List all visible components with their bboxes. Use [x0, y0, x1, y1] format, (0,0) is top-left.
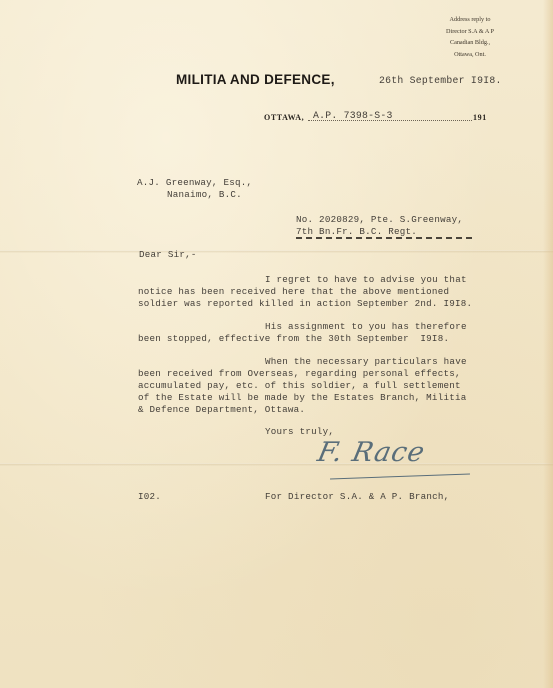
body-line: been received from Overseas, regarding p… — [138, 368, 461, 379]
subject-soldier: No. 2020829, Pte. S.Greenway, — [296, 214, 463, 225]
body-line: accumulated pay, etc. of this soldier, a… — [138, 380, 461, 391]
body-line: His assignment to you has therefore — [265, 321, 467, 332]
paper-fold — [0, 250, 553, 253]
year-prefix: 191 — [473, 113, 487, 122]
place-label: OTTAWA, — [264, 113, 304, 122]
closing: Yours truly, — [265, 426, 334, 437]
body-line: notice has been received here that the a… — [138, 286, 449, 297]
letter-paper: Address reply to Director S.A & A P Cana… — [0, 0, 553, 688]
reference-number: I02. — [138, 491, 161, 502]
file-reference: A.P. 7398-S-3 — [313, 110, 393, 121]
signatory-line: For Director S.A. & A P. Branch, — [265, 491, 449, 502]
address-reply-block: Address reply to Director S.A & A P Cana… — [415, 14, 525, 60]
handwritten-signature: F. Race — [315, 437, 428, 468]
body-line: I regret to have to advise you that — [265, 274, 467, 285]
salutation: Dear Sir,- — [139, 249, 197, 260]
address-line: Canadian Bldg., — [415, 37, 525, 49]
paper-fold — [0, 463, 553, 466]
recipient-name: A.J. Greenway, Esq., — [137, 177, 252, 188]
address-line: Address reply to — [415, 14, 525, 26]
recipient-location: Nanaimo, B.C. — [167, 189, 242, 200]
subject-unit: 7th Bn.Fr. B.C. Regt. — [296, 226, 417, 237]
department-heading: MILITIA AND DEFENCE, — [176, 72, 335, 87]
address-line: Director S.A & A P — [415, 26, 525, 38]
letter-date: 26th September I9I8. — [379, 75, 502, 86]
body-line: soldier was reported killed in action Se… — [138, 298, 472, 309]
signature-underline — [330, 474, 470, 480]
address-line: Ottawa, Ont. — [415, 49, 525, 61]
body-line: of the Estate will be made by the Estate… — [138, 392, 467, 403]
body-line: & Defence Department, Ottawa. — [138, 404, 305, 415]
paper-edge — [543, 0, 553, 688]
body-line: been stopped, effective from the 30th Se… — [138, 333, 449, 344]
body-line: When the necessary particulars have — [265, 356, 467, 367]
subject-underline — [296, 237, 472, 239]
